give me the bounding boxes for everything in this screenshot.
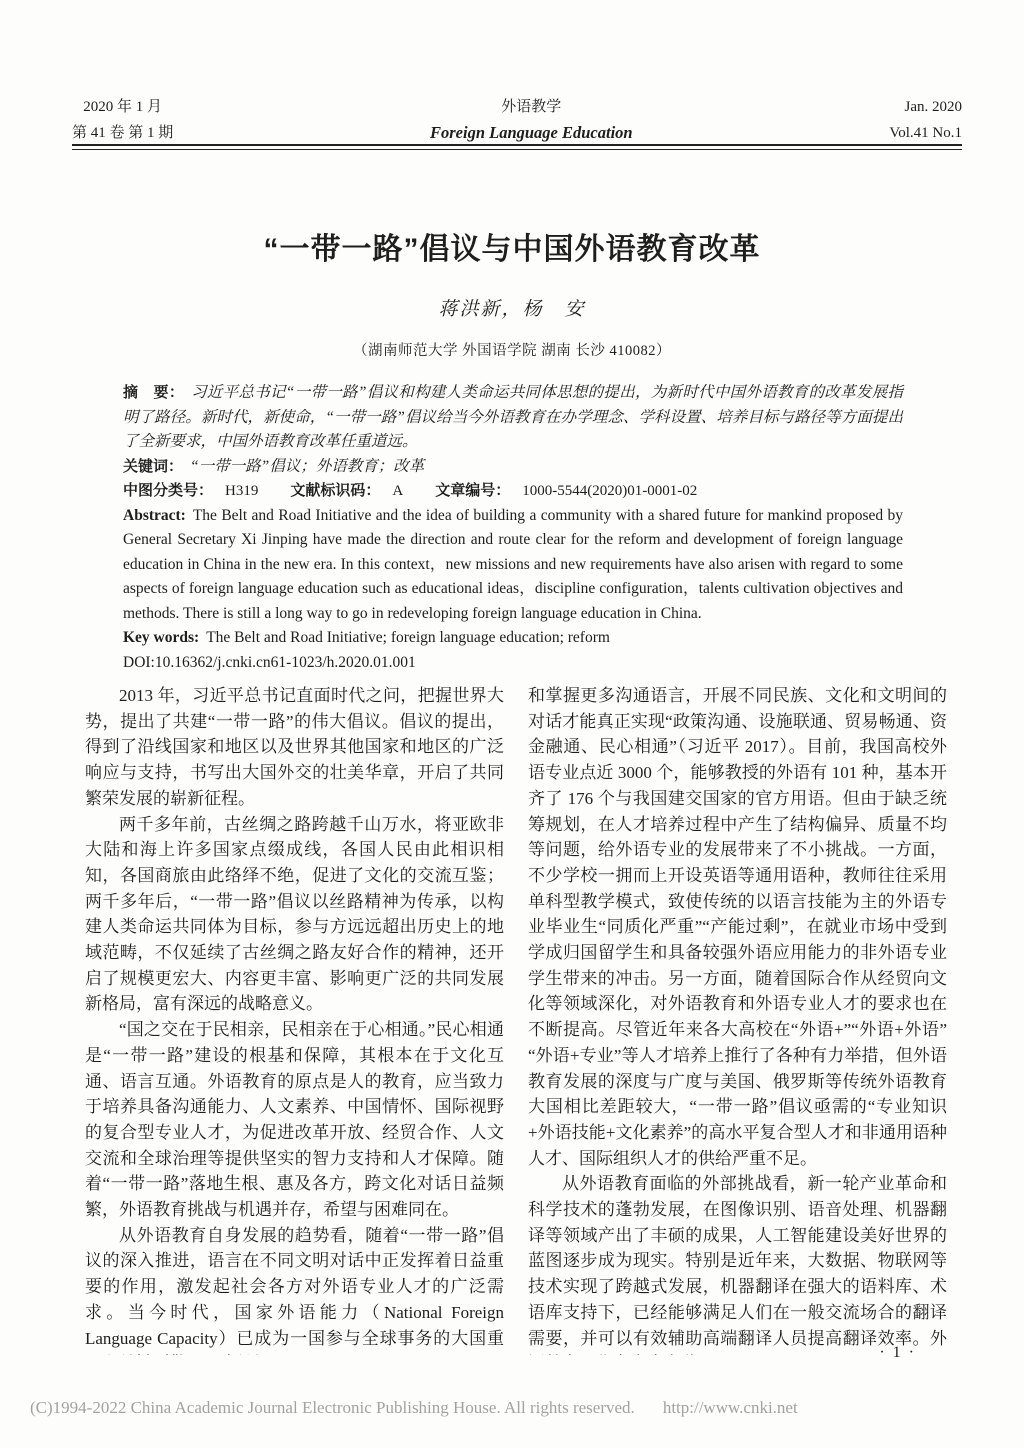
abstract-zh-line: 摘 要：习近平总书记“一带一路”倡议和构建人类命运共同体思想的提出，为新时代中国… bbox=[123, 381, 903, 455]
article-title: “一带一路”倡议与中国外语教育改革 bbox=[0, 224, 1024, 268]
issue-date-block: 2020 年 1 月 第 41 卷 第 1 期 bbox=[72, 94, 173, 146]
journal-masthead: 2020 年 1 月 第 41 卷 第 1 期 外语教学 Foreign Lan… bbox=[72, 94, 962, 146]
issue-date-en: Jan. 2020 bbox=[889, 94, 962, 120]
keywords-zh-line: 关键词：“一带一路”倡议；外语教育；改革 bbox=[123, 455, 903, 480]
volume-issue-zh: 第 41 卷 第 1 期 bbox=[72, 120, 173, 146]
issue-date-zh: 2020 年 1 月 bbox=[72, 94, 173, 120]
article-authors: 蒋洪新，杨 安 bbox=[0, 294, 1024, 321]
doi-line: DOI:10.16362/j.cnki.cn61-1023/h.2020.01.… bbox=[123, 651, 903, 676]
cnki-url: http://www.cnki.net bbox=[663, 1398, 798, 1417]
keywords-en-label: Key words: bbox=[123, 629, 199, 646]
keywords-zh-text: “一带一路”倡议；外语教育；改革 bbox=[190, 458, 424, 475]
copyright-footer: (C)1994-2022 China Academic Journal Elec… bbox=[30, 1398, 798, 1418]
header-divider bbox=[72, 144, 962, 150]
paragraph: 两千多年前，古丝绸之路跨越千山万水，将亚欧非大陆和海上许多国家点缀成线，各国人民… bbox=[85, 812, 504, 1018]
doc-code-label: 文献标识码： bbox=[290, 482, 380, 499]
clc-value: H319 bbox=[225, 483, 258, 499]
keywords-en-text: The Belt and Road Initiative; foreign la… bbox=[206, 629, 610, 646]
abstract-en-text: The Belt and Road Initiative and the ide… bbox=[123, 507, 903, 622]
paragraph: 从外语教育自身发展的趋势看，随着“一带一路”倡议的深入推进，语言在不同文明对话中… bbox=[85, 1223, 504, 1355]
page-number: · 1 · bbox=[879, 1344, 916, 1362]
abstract-en-line: Abstract:The Belt and Road Initiative an… bbox=[123, 504, 903, 627]
journal-name-en: Foreign Language Education bbox=[430, 120, 633, 146]
article-id-value: 1000-5544(2020)01-0001-02 bbox=[522, 483, 697, 499]
abstract-en-label: Abstract: bbox=[123, 507, 186, 524]
doc-code-value: A bbox=[392, 483, 403, 499]
left-column: 2013 年，习近平总书记直面时代之问，把握世界大势，提出了共建“一带一路”的伟… bbox=[85, 683, 504, 1355]
paragraph: 从外语教育面临的外部挑战看，新一轮产业革命和科学技术的蓬勃发展，在图像识别、语音… bbox=[528, 1171, 947, 1355]
right-column: 和掌握更多沟通语言，开展不同民族、文化和文明间的对话才能真正实现“政策沟通、设施… bbox=[528, 683, 947, 1355]
copyright-text: (C)1994-2022 China Academic Journal Elec… bbox=[30, 1398, 635, 1417]
keywords-en-line: Key words:The Belt and Road Initiative; … bbox=[123, 626, 903, 651]
article-body: 2013 年，习近平总书记直面时代之问，把握世界大势，提出了共建“一带一路”的伟… bbox=[85, 683, 947, 1355]
abstract-zh-text: 习近平总书记“一带一路”倡议和构建人类命运共同体思想的提出，为新时代中国外语教育… bbox=[123, 384, 903, 450]
journal-name-block: 外语教学 Foreign Language Education bbox=[430, 94, 633, 146]
keywords-zh-label: 关键词： bbox=[123, 458, 183, 475]
abstract-zh-label: 摘 要： bbox=[123, 384, 184, 401]
paragraph: 2013 年，习近平总书记直面时代之问，把握世界大势，提出了共建“一带一路”的伟… bbox=[85, 683, 504, 812]
classification-line: 中图分类号：H319文献标识码：A文章编号：1000-5544(2020)01-… bbox=[123, 479, 903, 504]
abstract-meta-block: 摘 要：习近平总书记“一带一路”倡议和构建人类命运共同体思想的提出，为新时代中国… bbox=[123, 381, 903, 675]
article-affiliation: （湖南师范大学 外国语学院 湖南 长沙 410082） bbox=[0, 339, 1024, 360]
volume-issue-en: Vol.41 No.1 bbox=[889, 120, 962, 146]
journal-name-zh: 外语教学 bbox=[430, 94, 633, 120]
journal-page: 2020 年 1 月 第 41 卷 第 1 期 外语教学 Foreign Lan… bbox=[0, 0, 1024, 1448]
clc-label: 中图分类号： bbox=[123, 482, 213, 499]
paragraph-continuation: 和掌握更多沟通语言，开展不同民族、文化和文明间的对话才能真正实现“政策沟通、设施… bbox=[528, 683, 947, 1171]
issue-date-en-block: Jan. 2020 Vol.41 No.1 bbox=[889, 94, 962, 146]
paragraph: “国之交在于民相亲，民相亲在于心相通。”民心相通是“一带一路”建设的根基和保障，… bbox=[85, 1017, 504, 1223]
article-id-label: 文章编号： bbox=[435, 482, 510, 499]
